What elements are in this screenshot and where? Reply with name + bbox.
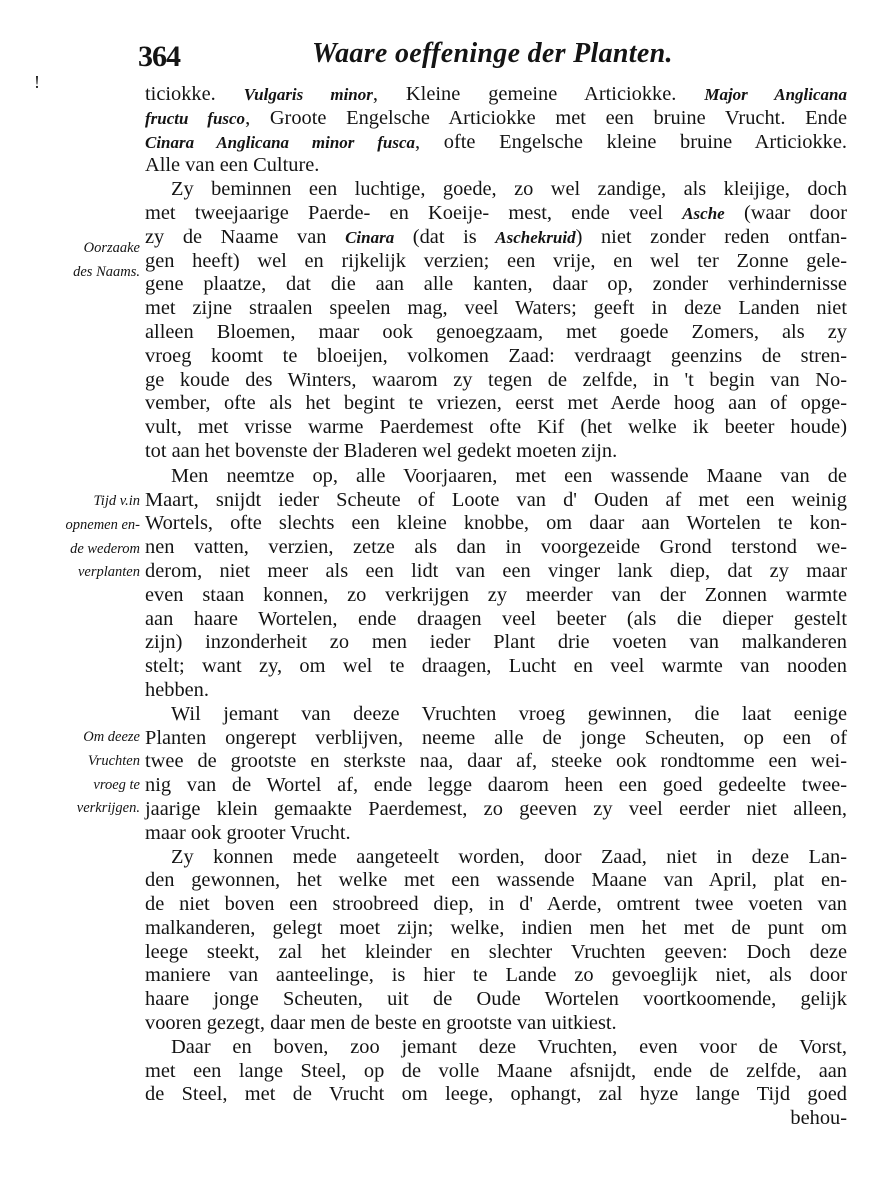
text-line: zy de Naame van Cinara (dat is Aschekrui… (145, 226, 847, 250)
text-line: Zy konnen mede aangeteelt worden, door Z… (145, 846, 847, 870)
text-line: met tweejaarige Paerde- en Koeije- mest,… (145, 202, 847, 226)
margin-note-line: des Naams. (40, 261, 140, 285)
text-line: Wil jemant van deeze Vruchten vroeg gewi… (145, 703, 847, 727)
catchword: behou- (145, 1107, 847, 1131)
text-line: derom, niet meer als een lidt van een vi… (145, 560, 847, 584)
page-header: 364 Waare oeffeninge der Planten. (138, 38, 858, 78)
text-line: vult, met vrisse warme Paerdemest ofte K… (145, 416, 847, 440)
text-line: tot aan het bovenste der Bladeren wel ge… (145, 440, 847, 464)
italic-term: Cinara (345, 228, 394, 247)
text-line: malkanderen, gelegt moet zijn; welke, in… (145, 917, 847, 941)
text-line: maniere van aanteelinge, is hier te Land… (145, 964, 847, 988)
text-line: de Steel, met de Vrucht om leege, ophang… (145, 1083, 847, 1107)
text-line: nen vatten, verzien, zetze als dan in vo… (145, 536, 847, 560)
text-run: , Kleine gemeine Articiokke. (373, 83, 704, 105)
text-line: alleen Bloemen, maar ook genoegzaam, met… (145, 321, 847, 345)
text-line: fructu fusco, Groote Engelsche Articiokk… (145, 107, 847, 131)
text-line: Alle van een Culture. (145, 154, 847, 178)
text-line: stelt; want zy, om wel te draagen, Lucht… (145, 655, 847, 679)
text-line: Maart, snijdt ieder Scheute of Loote van… (145, 489, 847, 513)
text-line: zijn) inzonderheit zo men ieder Plant dr… (145, 631, 847, 655)
margin-note-line: Tijd v.in (40, 490, 140, 514)
text-line: gene plaatze, dat die aan alle kanten, d… (145, 273, 847, 297)
text-line: Planten ongerept verblijven, neeme alle … (145, 727, 847, 751)
text-line: twee de grootste en sterkste naa, daar a… (145, 750, 847, 774)
text-line: hebben. (145, 679, 847, 703)
latin-name: Cinara Anglicana minor fusca (145, 133, 415, 152)
text-line: den gewonnen, het welke met een wassende… (145, 869, 847, 893)
text-line: Zy beminnen een luchtige, goede, zo wel … (145, 178, 847, 202)
stray-mark: ! (34, 72, 40, 93)
text-line: Men neemtze op, alle Voorjaaren, met een… (145, 465, 847, 489)
text-line: jaarige klein gemaakte Paerdemest, zo ge… (145, 798, 847, 822)
text-line: met een lange Steel, op de volle Maane a… (145, 1060, 847, 1084)
text-line: vooren gezegt, daar men de beste en groo… (145, 1012, 847, 1036)
margin-note-tijd: Tijd v.in opnemen en- de wederom verplan… (40, 490, 140, 585)
text-run: ) niet zonder reden ontfan- (576, 226, 847, 248)
text-run: zy de Naame van (145, 226, 345, 248)
margin-note-line: de wederom (40, 538, 140, 562)
margin-note-line: verkrijgen. (40, 797, 140, 821)
text-line: leege steekt, zal het kleinder en slecht… (145, 941, 847, 965)
margin-note-line: vroeg te (40, 774, 140, 798)
text-line: aan haare Wortelen, ende draagen veel be… (145, 608, 847, 632)
margin-note-line: verplanten (40, 561, 140, 585)
text-run: ticiokke. (145, 83, 244, 105)
latin-name: fructu fusco (145, 109, 245, 128)
margin-note-vruchten: Om deeze Vruchten vroeg te verkrijgen. (40, 726, 140, 821)
text-line: met zijne straalen speelen mag, veel Wat… (145, 297, 847, 321)
latin-name: Major Anglicana (704, 85, 847, 104)
text-run: (waar door (725, 202, 847, 224)
italic-term: Aschekruid (495, 228, 575, 247)
italic-term: Asche (682, 204, 725, 223)
text-run: , Groote Engelsche Articiokke met een br… (245, 107, 847, 129)
margin-note-oorzaake: Oorzaake des Naams. (40, 237, 140, 285)
text-line: Wortels, ofte slechts een kleine knobbe,… (145, 512, 847, 536)
latin-name: Vulgaris minor (244, 85, 373, 104)
text-line: vember, ofte als het begint te vriezen, … (145, 392, 847, 416)
text-line: maar ook grooter Vrucht. (145, 822, 847, 846)
text-line: de niet boven een stroobreed diep, in d'… (145, 893, 847, 917)
text-line: vroeg koomt te bloeijen, volkomen Zaad: … (145, 345, 847, 369)
margin-note-line: Vruchten (40, 750, 140, 774)
text-run: met tweejaarige Paerde- en Koeije- mest,… (145, 202, 682, 224)
body-text: ticiokke. Vulgaris minor, Kleine gemeine… (145, 83, 847, 1131)
margin-note-line: Oorzaake (40, 237, 140, 261)
text-line: gen heeft) wel en rijkelijk verzien; een… (145, 250, 847, 274)
text-line: ge koude des Winters, waarom zy tegen de… (145, 369, 847, 393)
text-line: nig van de Wortel af, ende legge daarom … (145, 774, 847, 798)
page-number: 364 (138, 40, 180, 74)
text-line: ticiokke. Vulgaris minor, Kleine gemeine… (145, 83, 847, 107)
text-line: Cinara Anglicana minor fusca, ofte Engel… (145, 131, 847, 155)
text-run: , ofte Engelsche kleine bruine Articiokk… (415, 131, 847, 153)
margin-note-line: opnemen en- (40, 514, 140, 538)
text-line: even staan konnen, zo verkrijgen zy meer… (145, 584, 847, 608)
text-line: haare jonge Scheuten, uit de Oude Wortel… (145, 988, 847, 1012)
text-run: (dat is (394, 226, 495, 248)
book-page: 364 Waare oeffeninge der Planten. ! Oorz… (0, 0, 880, 1200)
running-title: Waare oeffeninge der Planten. (312, 38, 673, 70)
text-line: Daar en boven, zoo jemant deze Vruchten,… (145, 1036, 847, 1060)
margin-note-line: Om deeze (40, 726, 140, 750)
